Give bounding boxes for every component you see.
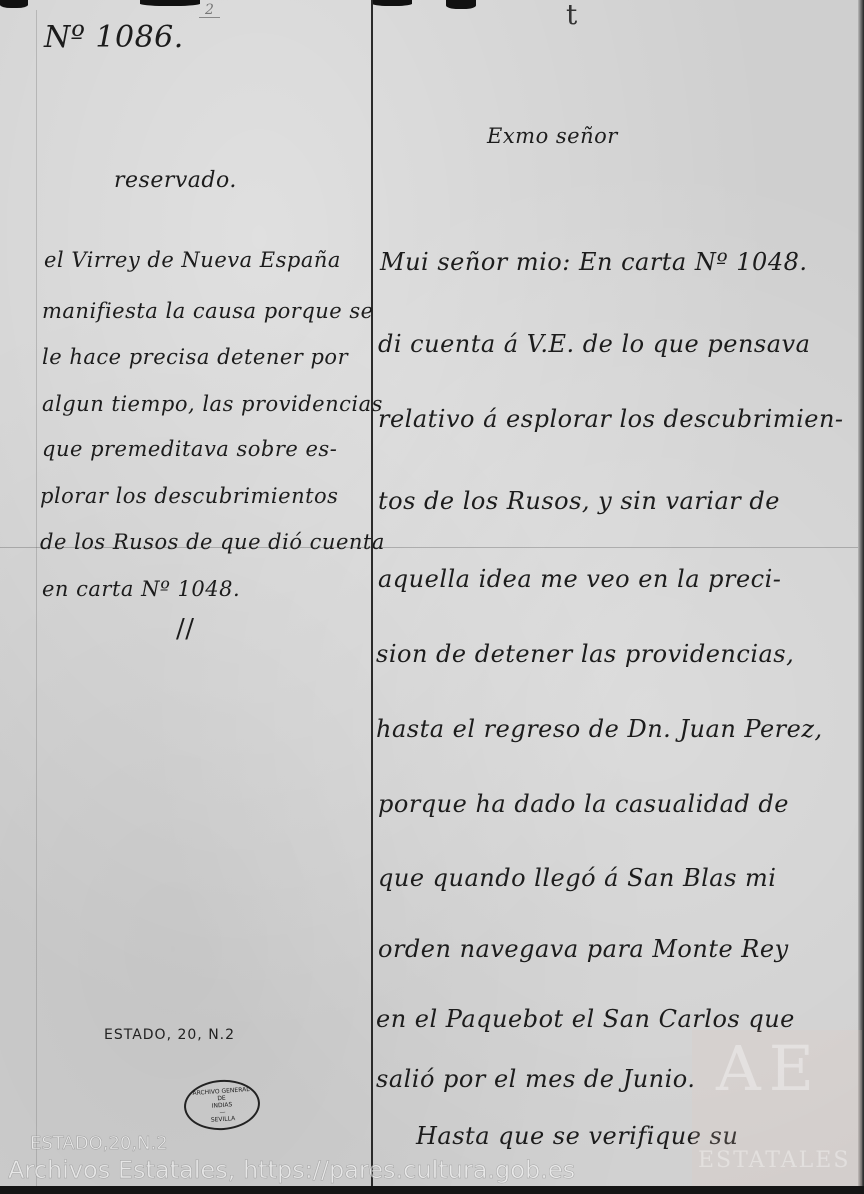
- summary-line: de los Rusos de que dió cuenta: [40, 530, 385, 554]
- archive-logo-watermark: AE ESTATALES: [692, 1030, 862, 1186]
- closing-flourish: //: [176, 614, 195, 644]
- body-line: orden navegava para Monte Rey: [378, 935, 789, 963]
- edge-shadow: [446, 0, 476, 9]
- column-divider: [371, 0, 373, 1186]
- archive-stamp: ARCHIVO GENERAL DE INDIAS — SEVILLA: [182, 1077, 261, 1132]
- stamp-line: SEVILLA: [211, 1115, 236, 1124]
- body-line: sion de detener las providencias,: [376, 640, 794, 668]
- summary-line: manifiesta la causa porque se: [42, 299, 374, 323]
- edge-shadow: [140, 0, 200, 6]
- body-line: hasta el regreso de Dn. Juan Perez,: [376, 715, 823, 743]
- margin-fold-line: [36, 10, 37, 1186]
- summary-line: le hace precisa detener por: [42, 345, 348, 369]
- archive-reference: ESTADO, 20, N.2: [104, 1027, 235, 1043]
- summary-line: en carta Nº 1048.: [42, 577, 240, 601]
- body-line: Mui señor mio: En carta Nº 1048.: [380, 248, 808, 276]
- page-top-edge: [0, 0, 864, 10]
- body-line: relativo á esplorar los descubrimien-: [378, 405, 844, 433]
- body-line: porque ha dado la casualidad de: [378, 790, 789, 818]
- body-line: que quando llegó á San Blas mi: [378, 864, 776, 892]
- watermark-reference: ESTADO,20,N.2: [30, 1133, 168, 1154]
- page-right-edge: [858, 0, 864, 1186]
- salutation: Exmo señor: [487, 124, 618, 148]
- body-line: salió por el mes de Junio.: [376, 1065, 695, 1093]
- reserved-heading: reservado.: [114, 168, 237, 193]
- logo-text: ESTATALES: [698, 1148, 850, 1173]
- edge-shadow: [372, 0, 412, 6]
- summary-line: el Virrey de Nueva España: [44, 248, 341, 272]
- body-line: Hasta que se verifique su: [416, 1122, 738, 1150]
- body-line: di cuenta á V.E. de lo que pensava: [378, 330, 810, 358]
- summary-line: que premeditava sobre es-: [42, 437, 337, 461]
- manuscript-page: Nº 1086. 2 t reservado. el Virrey de Nue…: [0, 0, 864, 1186]
- watermark-source: Archivos Estatales, https://pares.cultur…: [8, 1156, 575, 1184]
- folio-mark-left: 2: [205, 2, 214, 18]
- document-number: Nº 1086.: [44, 20, 184, 55]
- edge-shadow: [0, 0, 28, 8]
- page-bottom-edge: [0, 1186, 864, 1194]
- body-line: tos de los Rusos, y sin variar de: [378, 487, 780, 515]
- body-line: aquella idea me veo en la preci-: [378, 565, 781, 593]
- body-line: en el Paquebot el San Carlos que: [376, 1005, 795, 1033]
- logo-letters: AE: [716, 1032, 822, 1105]
- summary-line: plorar los descubrimientos: [40, 484, 338, 508]
- summary-line: algun tiempo, las providencias: [42, 392, 383, 416]
- folio-mark-right: t: [566, 0, 578, 31]
